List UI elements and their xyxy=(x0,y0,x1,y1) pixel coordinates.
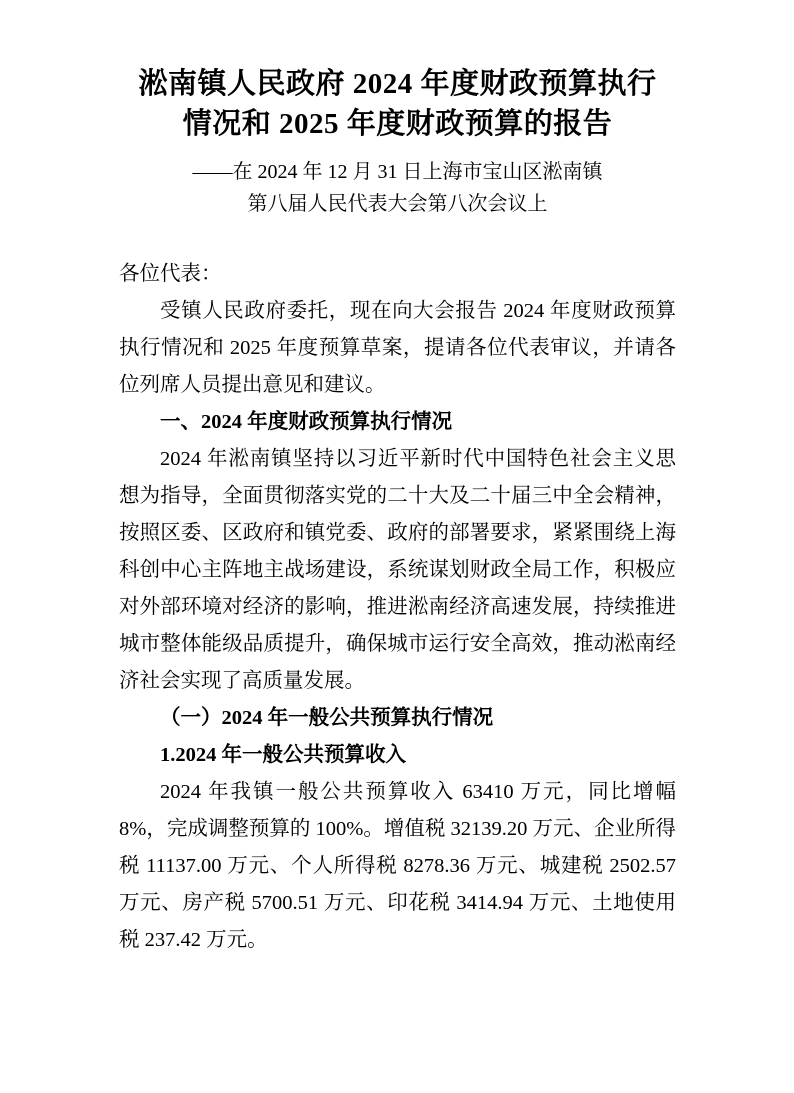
paragraph-overview: 2024 年淞南镇坚持以习近平新时代中国特色社会主义思想为指导，全面贯彻落实党的… xyxy=(119,441,676,700)
document-subtitle-line-1: ——在 2024 年 12 月 31 日上海市宝山区淞南镇 xyxy=(119,156,676,188)
document-title-line-1: 淞南镇人民政府 2024 年度财政预算执行 xyxy=(119,64,676,104)
document-title-line-2: 情况和 2025 年度财政预算的报告 xyxy=(119,104,676,144)
document-page: 淞南镇人民政府 2024 年度财政预算执行 情况和 2025 年度财政预算的报告… xyxy=(0,0,794,1093)
paragraph-revenue-figures: 2024 年我镇一般公共预算收入 63410 万元，同比增幅 8%，完成调整预算… xyxy=(119,774,676,959)
document-title: 淞南镇人民政府 2024 年度财政预算执行 情况和 2025 年度财政预算的报告 xyxy=(119,64,676,144)
document-body: 各位代表： 受镇人民政府委托，现在向大会报告 2024 年度财政预算执行情况和 … xyxy=(119,256,676,959)
subsection-heading-general-public-budget: （一）2024 年一般公共预算执行情况 xyxy=(119,700,676,737)
document-subtitle: ——在 2024 年 12 月 31 日上海市宝山区淞南镇 第八届人民代表大会第… xyxy=(119,156,676,220)
salutation: 各位代表： xyxy=(119,256,676,293)
document-subtitle-line-2: 第八届人民代表大会第八次会议上 xyxy=(119,188,676,220)
subsection-heading-budget-revenue: 1.2024 年一般公共预算收入 xyxy=(119,737,676,774)
paragraph-intro: 受镇人民政府委托，现在向大会报告 2024 年度财政预算执行情况和 2025 年… xyxy=(119,293,676,404)
section-heading-budget-execution: 一、2024 年度财政预算执行情况 xyxy=(119,404,676,441)
